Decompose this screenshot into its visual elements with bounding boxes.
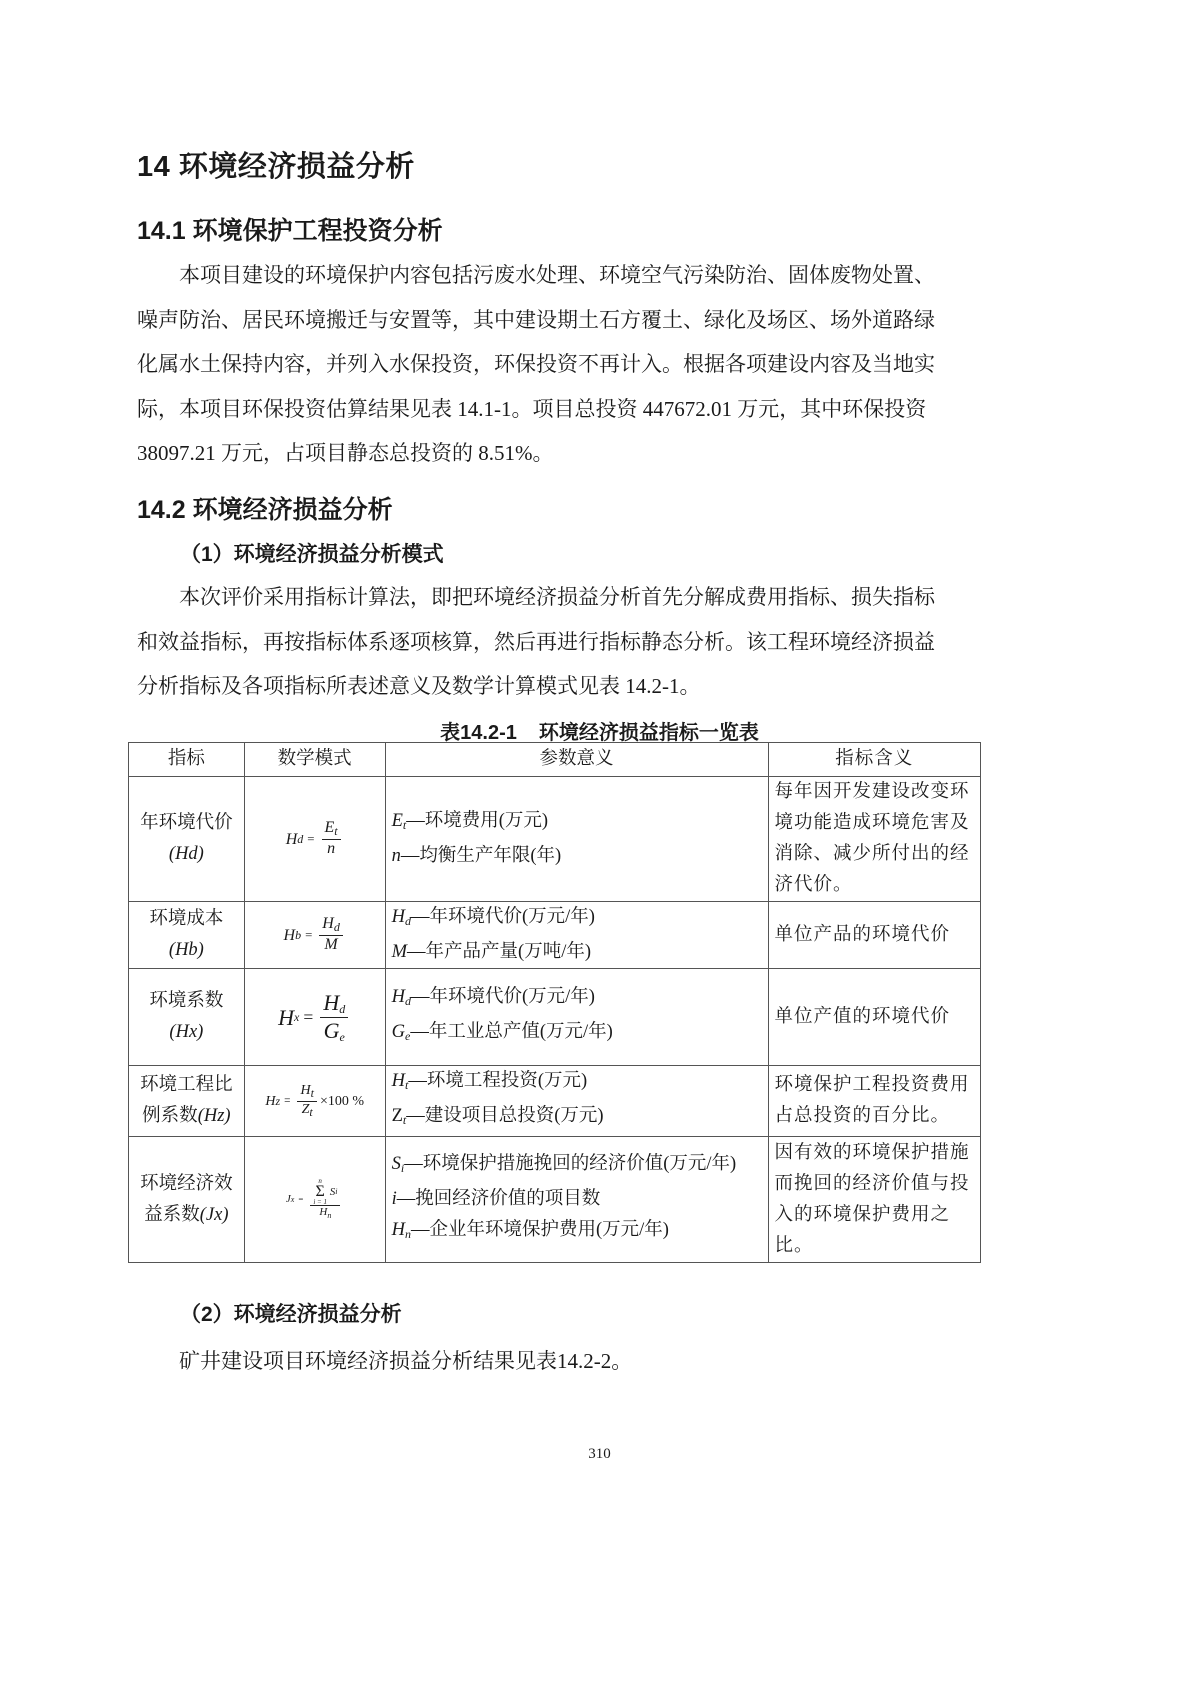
paragraph-line: 际，本项目环保投资估算结果见表 14.1-1。项目总投资 447672.01 万…: [137, 387, 987, 432]
parameters-cell: Ht—环境工程投资(万元) Zt—建设项目总投资(万元): [385, 1066, 768, 1137]
chapter-title: 14 环境经济损益分析: [137, 144, 415, 185]
parameters-cell: Si—环境保护措施挽回的经济价值(万元/年) i—挽回经济价值的项目数 Hn—企…: [385, 1137, 768, 1263]
meaning-cell: 单位产值的环境代价: [768, 969, 980, 1066]
formula-annual-env-cost: Hd = Etn: [286, 819, 344, 858]
header-parameters: 参数意义: [385, 743, 768, 777]
indicator-table: 指标 数学模式 参数意义 指标含义 年环境代价 (Hd) Hd = Etn Et…: [128, 742, 981, 1263]
section-title-14-2: 14.2 环境经济损益分析: [137, 490, 393, 526]
meaning-cell: 环境保护工程投资费用占总投资的百分比。: [768, 1066, 980, 1137]
parameters-cell: Et—环境费用(万元) n—均衡生产年限(年): [385, 777, 768, 902]
parameters-cell: Hd—年环境代价(万元/年) M—年产品产量(万吨/年): [385, 902, 768, 969]
paragraph-line: 矿井建设项目环境经济损益分析结果见表14.2-2。: [137, 1339, 987, 1384]
table-caption: 表14.2-1环境经济损益指标一览表: [0, 716, 1199, 745]
subsection-title-1: （1）环境经济损益分析模式: [180, 538, 444, 568]
table-row: 环境成本 (Hb) Hb = HdM Hd—年环境代价(万元/年) M—年产品产…: [129, 902, 981, 969]
paragraph-line: 噪声防治、居民环境搬迁与安置等，其中建设期土石方覆土、绿化及场区、场外道路绿: [137, 298, 987, 343]
section-14-1-paragraph: 本项目建设的环境保护内容包括污废水处理、环境空气污染防治、固体废物处置、 噪声防…: [137, 253, 987, 476]
table-row: 环境经济效益系数(Jx) Jx = nΣi = 1 Si Hn Si—环境: [129, 1137, 981, 1263]
table-row: 环境系数 (Hx) Hx = HdGe Hd—年环境代价(万元/年) Ge—年工…: [129, 969, 981, 1066]
header-formula: 数学模式: [244, 743, 385, 777]
formula-eng-ratio: Hz = HtZt ×100 %: [265, 1083, 364, 1120]
table-row: 环境工程比例系数(Hz) Hz = HtZt ×100 % Ht—环境工程投资(…: [129, 1066, 981, 1137]
indicator-cell: 环境工程比例系数(Hz): [129, 1066, 245, 1137]
formula-cell: Hd = Etn: [244, 777, 385, 902]
paragraph-line: 本项目建设的环境保护内容包括污废水处理、环境空气污染防治、固体废物处置、: [137, 253, 987, 298]
paragraph-line: 38097.21 万元，占项目静态总投资的 8.51%。: [137, 431, 987, 476]
header-indicator: 指标: [129, 743, 245, 777]
paragraph-line: 本次评价采用指标计算法，即把环境经济损益分析首先分解成费用指标、损失指标: [137, 575, 987, 620]
paragraph-line: 分析指标及各项指标所表述意义及数学计算模式见表 14.2-1。: [137, 664, 987, 709]
meaning-cell: 单位产品的环境代价: [768, 902, 980, 969]
formula-eco-benefit: Jx = nΣi = 1 Si Hn: [286, 1178, 344, 1220]
table-caption-title: 环境经济损益指标一览表: [539, 722, 759, 744]
parameters-cell: Hd—年环境代价(万元/年) Ge—年工业总产值(万元/年): [385, 969, 768, 1066]
paragraph-line: 和效益指标，再按指标体系逐项核算，然后再进行指标静态分析。该工程环境经济损益: [137, 620, 987, 665]
indicator-cell: 环境经济效益系数(Jx): [129, 1137, 245, 1263]
formula-cell: Hz = HtZt ×100 %: [244, 1066, 385, 1137]
table-row: 年环境代价 (Hd) Hd = Etn Et—环境费用(万元) n—均衡生产年限…: [129, 777, 981, 902]
meaning-cell: 因有效的环境保护措施而挽回的经济价值与投入的环境保护费用之比。: [768, 1137, 980, 1263]
formula-cell: Hx = HdGe: [244, 969, 385, 1066]
formula-env-coefficient: Hx = HdGe: [278, 990, 351, 1045]
page-number: 310: [0, 1446, 1199, 1463]
section-title-14-1: 14.1 环境保护工程投资分析: [137, 211, 443, 247]
subsection-1-paragraph: 本次评价采用指标计算法，即把环境经济损益分析首先分解成费用指标、损失指标 和效益…: [137, 575, 987, 709]
indicator-cell: 年环境代价 (Hd): [129, 777, 245, 902]
formula-cell: Hb = HdM: [244, 902, 385, 969]
meaning-cell: 每年因开发建设改变环境功能造成环境危害及消除、减少所付出的经济代价。: [768, 777, 980, 902]
header-meaning: 指标含义: [768, 743, 980, 777]
formula-cell: Jx = nΣi = 1 Si Hn: [244, 1137, 385, 1263]
subsection-2-paragraph: 矿井建设项目环境经济损益分析结果见表14.2-2。: [137, 1339, 987, 1384]
paragraph-line: 化属水土保持内容，并列入水保投资，环保投资不再计入。根据各项建设内容及当地实: [137, 342, 987, 387]
formula-env-cost: Hb = HdM: [284, 915, 346, 954]
indicator-cell: 环境系数 (Hx): [129, 969, 245, 1066]
indicator-cell: 环境成本 (Hb): [129, 902, 245, 969]
table-header-row: 指标 数学模式 参数意义 指标含义: [129, 743, 981, 777]
table-caption-id: 表14.2-1: [440, 722, 517, 744]
subsection-title-2: （2）环境经济损益分析: [180, 1298, 402, 1328]
